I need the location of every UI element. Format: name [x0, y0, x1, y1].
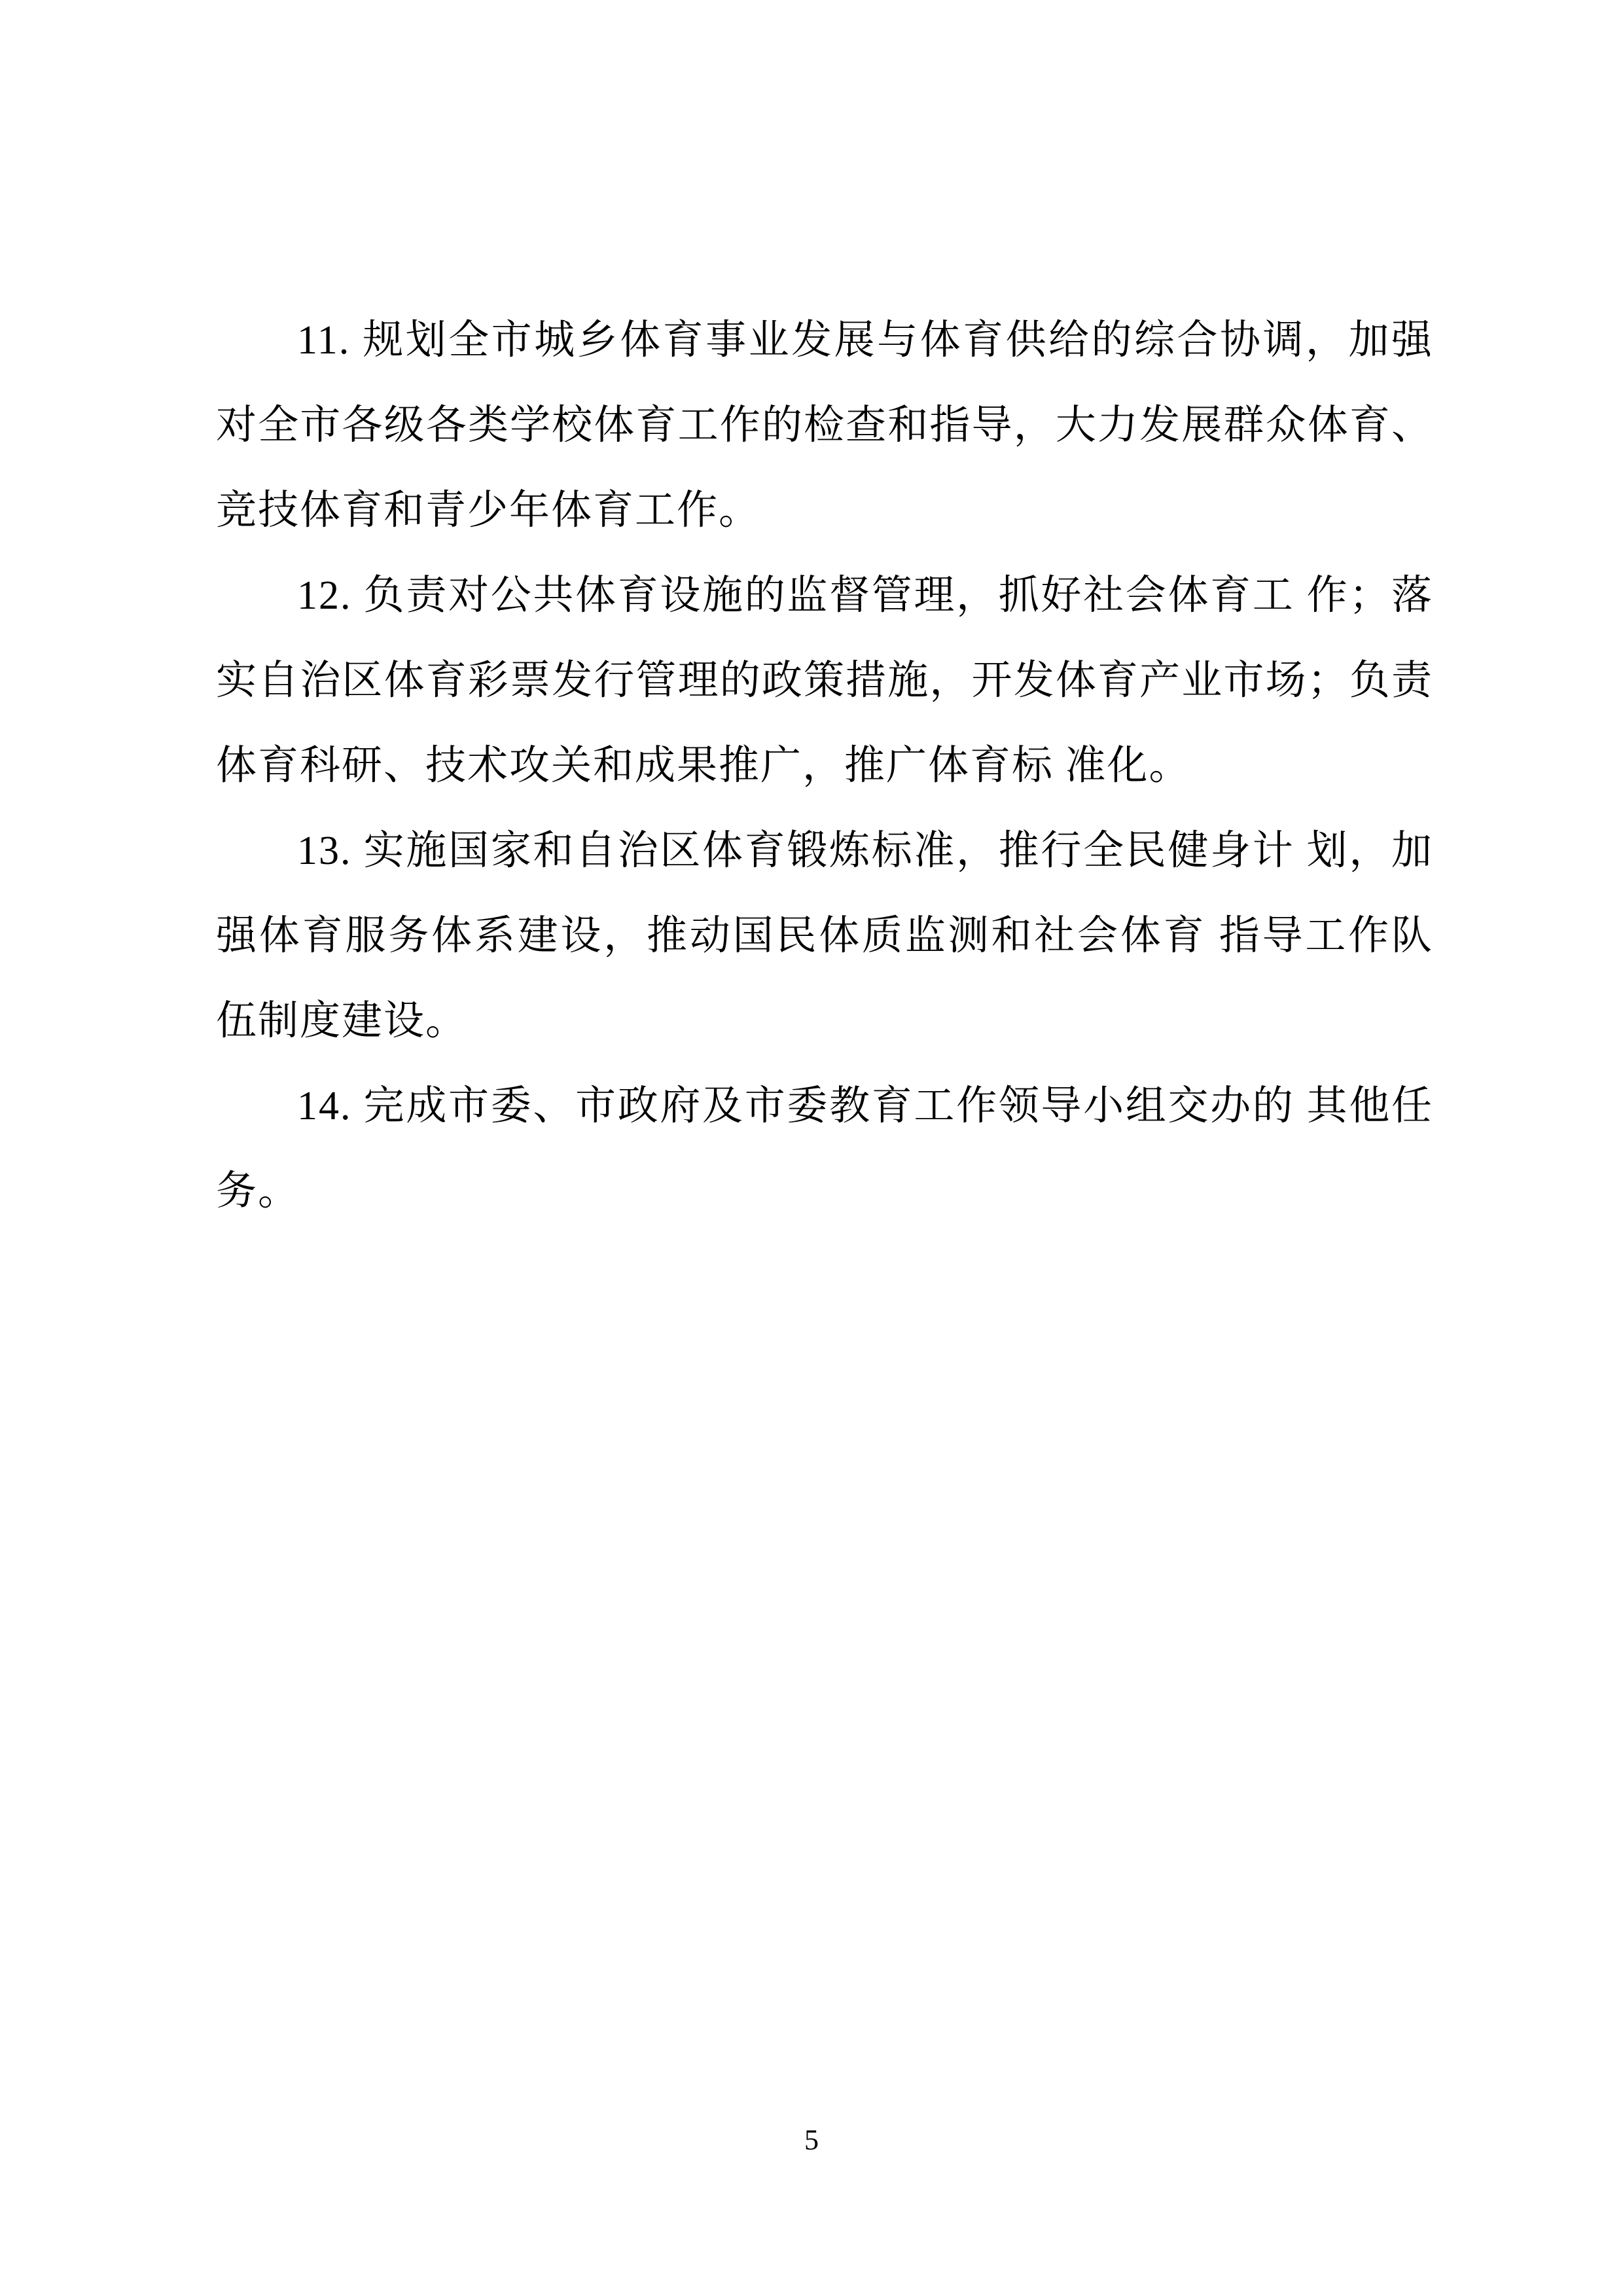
- paragraph-line: 12. 负责对公共体育设施的监督管理，抓好社会体育工 作；落: [216, 553, 1433, 638]
- paragraph-line: 体育科研、技术攻关和成果推广，推广体育标 准化。: [216, 723, 1433, 808]
- paragraph-11: 11. 规划全市城乡体育事业发展与体育供给的综合协调，加强 对全市各级各类学校体…: [216, 298, 1433, 553]
- page-footer: 5: [0, 2121, 1623, 2160]
- paragraph-line: 对全市各级各类学校体育工作的检查和指导，大力发展群众体育、: [216, 383, 1433, 468]
- paragraph-line: 竞技体育和青少年体育工作。: [216, 468, 1433, 553]
- paragraph-13: 13. 实施国家和自治区体育锻炼标准，推行全民健身计 划，加 强体育服务体系建设…: [216, 808, 1433, 1064]
- text-body: 11. 规划全市城乡体育事业发展与体育供给的综合协调，加强 对全市各级各类学校体…: [216, 298, 1433, 1234]
- paragraph-14: 14. 完成市委、市政府及市委教育工作领导小组交办的 其他任 务。: [216, 1064, 1433, 1234]
- paragraph-line: 伍制度建设。: [216, 978, 1433, 1064]
- page-number: 5: [804, 2124, 819, 2156]
- paragraph-line: 实自治区体育彩票发行管理的政策措施，开发体育产业市场；负责: [216, 638, 1433, 723]
- paragraph-line: 强体育服务体系建设，推动国民体质监测和社会体育 指导工作队: [216, 893, 1433, 978]
- document-page: 11. 规划全市城乡体育事业发展与体育供给的综合协调，加强 对全市各级各类学校体…: [0, 0, 1623, 2296]
- paragraph-line: 务。: [216, 1149, 1433, 1234]
- paragraph-line: 14. 完成市委、市政府及市委教育工作领导小组交办的 其他任: [216, 1064, 1433, 1149]
- paragraph-12: 12. 负责对公共体育设施的监督管理，抓好社会体育工 作；落 实自治区体育彩票发…: [216, 553, 1433, 808]
- paragraph-line: 13. 实施国家和自治区体育锻炼标准，推行全民健身计 划，加: [216, 808, 1433, 893]
- paragraph-line: 11. 规划全市城乡体育事业发展与体育供给的综合协调，加强: [216, 298, 1433, 383]
